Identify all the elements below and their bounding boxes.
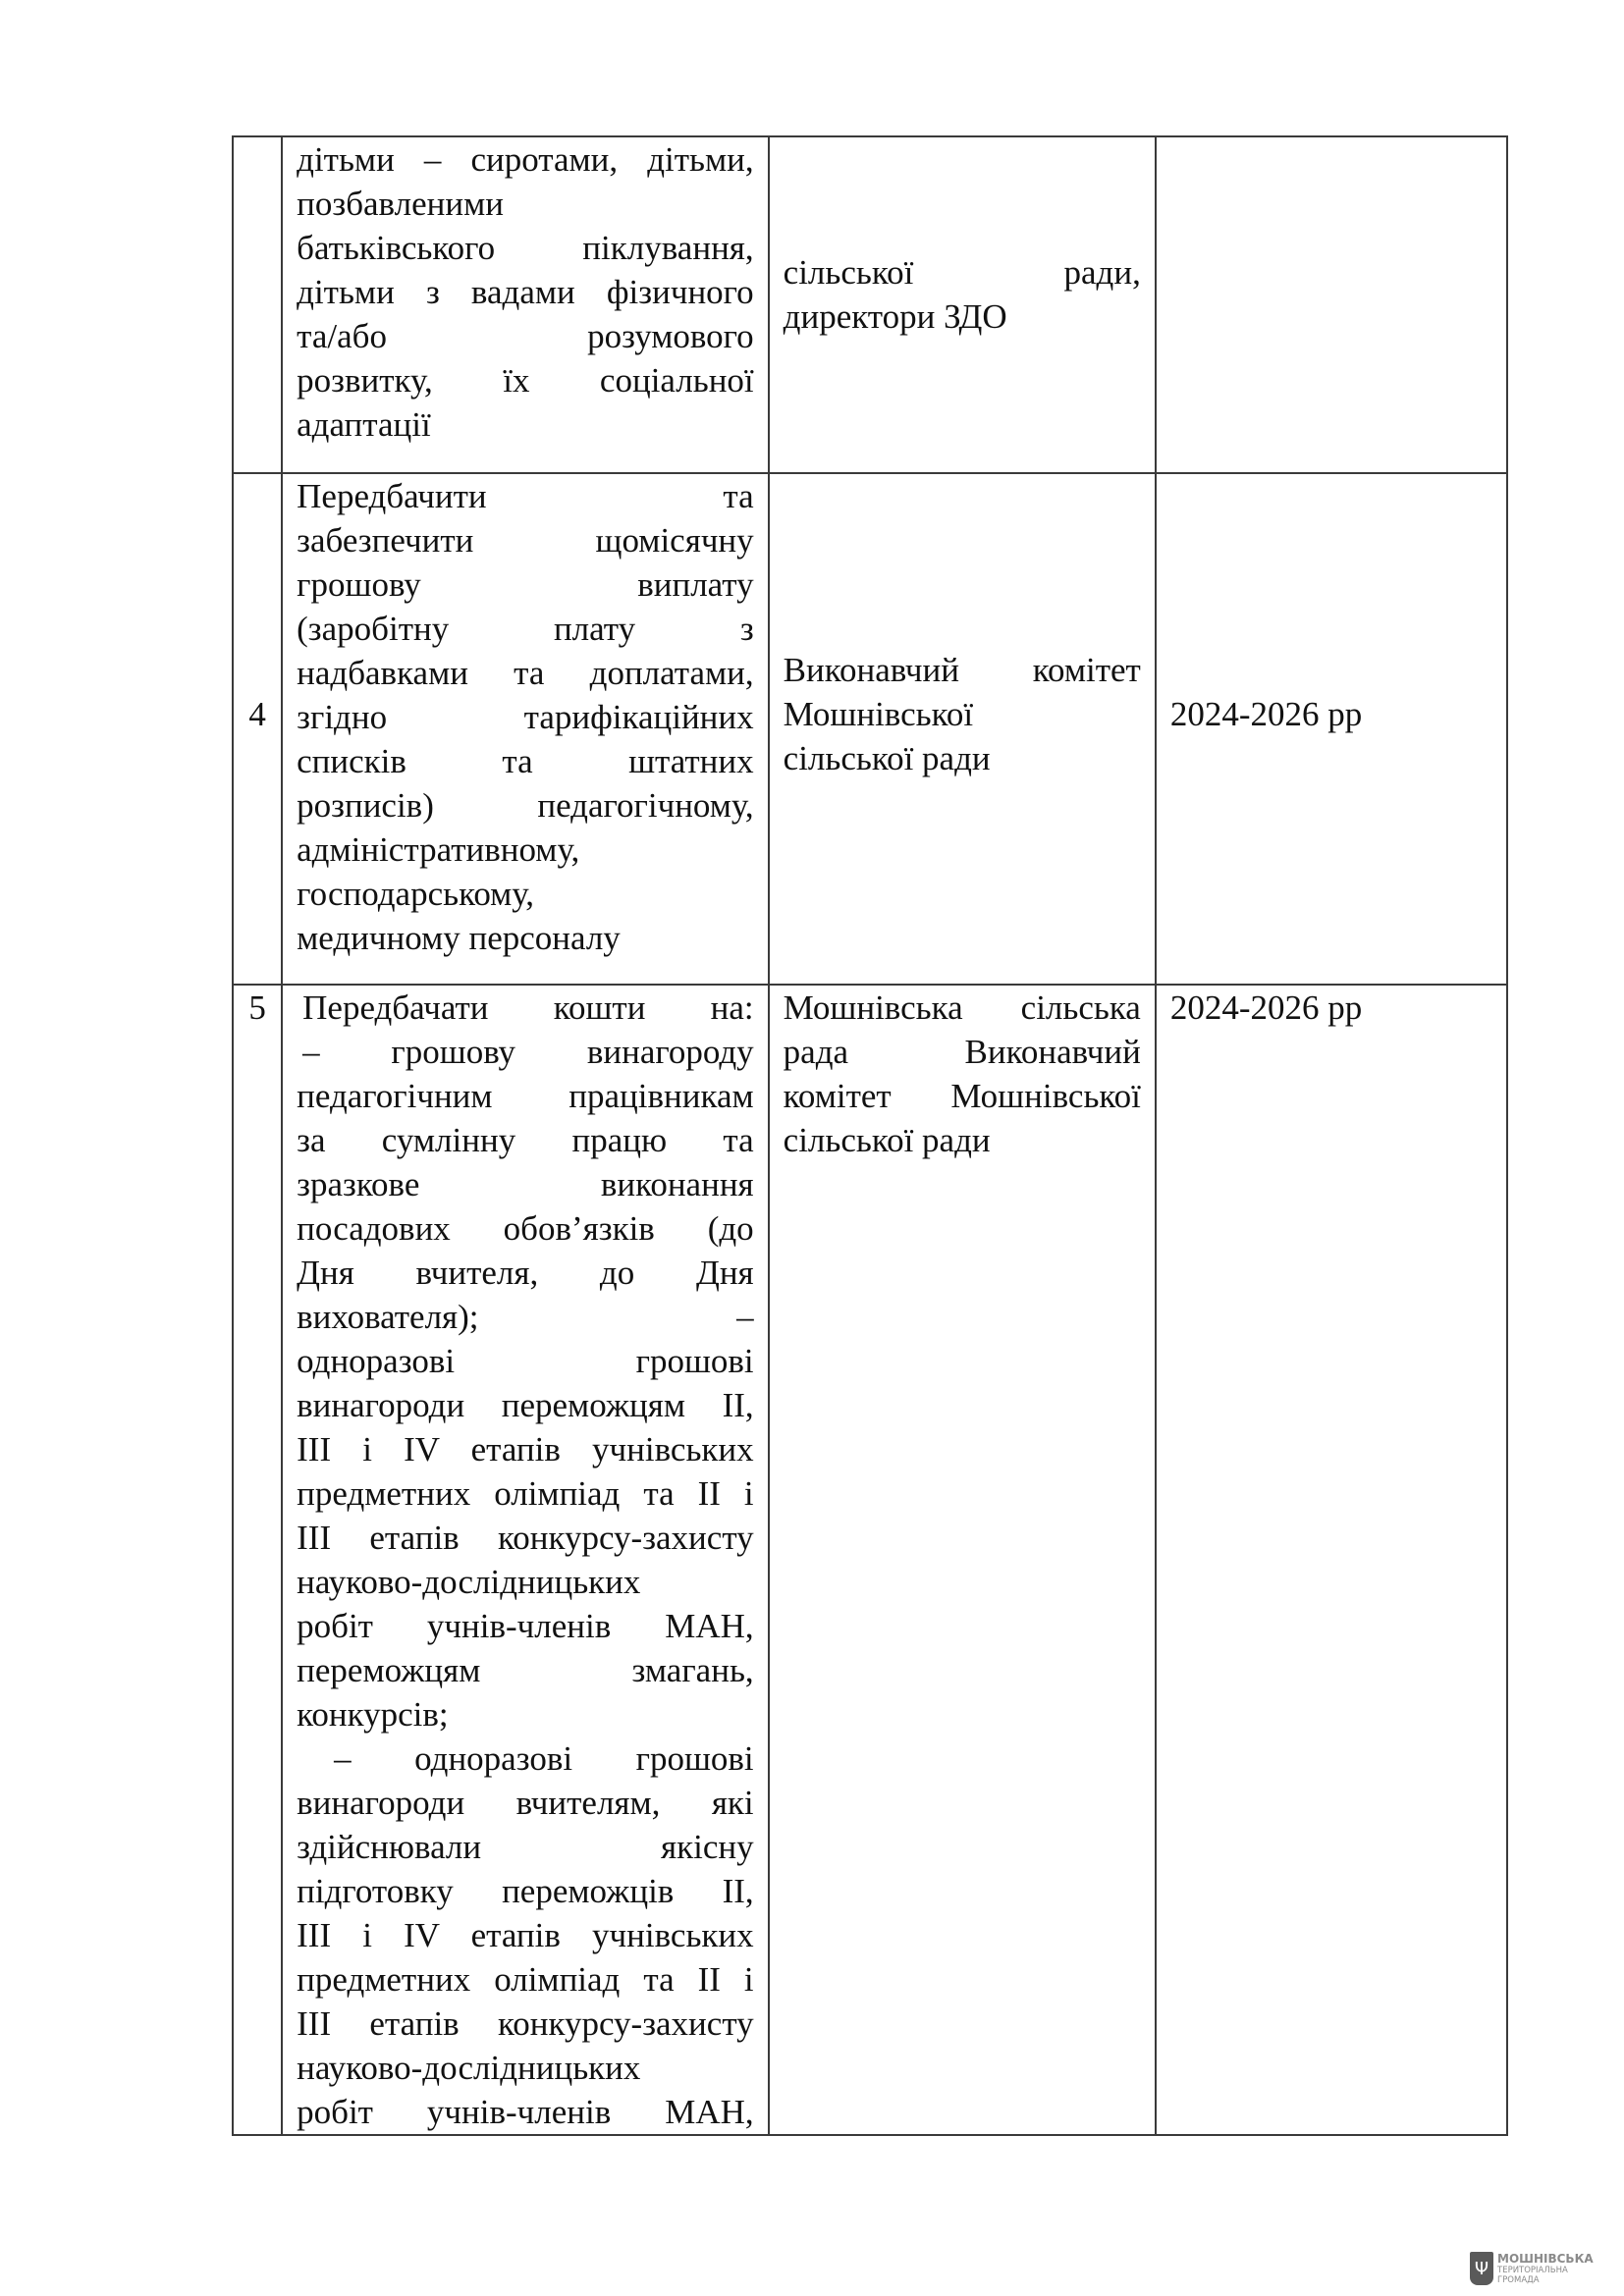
text-line: переможцям змагань, [297, 1648, 754, 1692]
text-line: науково-дослідницьких [297, 2046, 754, 2090]
text-line: дітьми з вадами фізичного [297, 270, 754, 314]
executor-cell: сільської ради, директори ЗДО [769, 136, 1156, 473]
text-line: адаптації [297, 402, 754, 447]
text-line: розвитку, їх соціальної [297, 358, 754, 402]
text-line: – одноразові грошові [297, 1736, 754, 1781]
term-cell [1156, 136, 1507, 473]
task-cell: дітьми – сиротами, дітьми, позбавленими … [282, 136, 769, 473]
logo-subtitle: ТЕРИТОРІАЛЬНА [1497, 2266, 1594, 2275]
task-text: Передбачати кошти на: – грошову винагоро… [297, 986, 754, 2134]
text-line: батьківського піклування, [297, 226, 754, 270]
text-line: посадових обов’язків (до [297, 1206, 754, 1251]
term-cell: 2024-2026 рр [1156, 473, 1507, 985]
text-line: ІІІ і ІV етапів учнівських [297, 1427, 754, 1471]
text-line: підготовку переможців ІІ, [297, 1869, 754, 1913]
row-number-cell: 5 [233, 985, 282, 2135]
text-line: – грошову винагороду [297, 1030, 754, 1074]
text-line: грошову виплату [297, 562, 754, 607]
text-line: ІІІ етапів конкурсу-захисту [297, 2002, 754, 2046]
trident-icon: Ψ [1470, 2252, 1493, 2285]
text-line: рада Виконавчий [784, 1030, 1141, 1074]
text-line: Мошнівської [784, 692, 1141, 736]
community-logo: Ψ МОШНІВСЬКА ТЕРИТОРІАЛЬНА ГРОМАДА [1470, 2246, 1624, 2291]
text-line: господарському, [297, 872, 754, 916]
table-row: дітьми – сиротами, дітьми, позбавленими … [233, 136, 1507, 473]
row-number-cell: 4 [233, 473, 282, 985]
text-line: Виконавчий комітет [784, 648, 1141, 692]
text-line: Передбачити та [297, 474, 754, 518]
text-line: згідно тарифікаційних [297, 695, 754, 739]
table-row: 5 Передбачати кошти на: – грошову винаго… [233, 985, 1507, 2135]
text-line: Мошнівська сільська [784, 986, 1141, 1030]
task-text: дітьми – сиротами, дітьми, позбавленими … [297, 137, 754, 447]
text-line: науково-дослідницьких [297, 1560, 754, 1604]
text-line: директори ЗДО [784, 294, 1141, 339]
text-line: предметних олімпіад та ІІ і [297, 1471, 754, 1516]
text-line: конкурсів; [297, 1692, 754, 1736]
text-line: адміністративному, [297, 828, 754, 872]
text-line: вихователя); – [297, 1295, 754, 1339]
text-line: зразкове виконання [297, 1162, 754, 1206]
text-line: сільської ради [784, 1118, 1141, 1162]
measures-table: дітьми – сиротами, дітьми, позбавленими … [232, 135, 1508, 2136]
term-cell: 2024-2026 рр [1156, 985, 1507, 2135]
text-line: сільської ради [784, 736, 1141, 780]
text-line: списків та штатних [297, 739, 754, 783]
text-line: Дня вчителя, до Дня [297, 1251, 754, 1295]
text-line: Передбачати кошти на: [297, 986, 754, 1030]
row-number: 4 [234, 692, 281, 736]
table-row: 4 Передбачити та забезпечити щомісячну г… [233, 473, 1507, 985]
text-line: надбавками та доплатами, [297, 651, 754, 695]
text-line: дітьми – сиротами, дітьми, [297, 137, 754, 182]
text-line: винагороди переможцям ІІ, [297, 1383, 754, 1427]
text-line: забезпечити щомісячну [297, 518, 754, 562]
text-line: та/або розумового [297, 314, 754, 358]
text-line: робіт учнів-членів МАН, [297, 2090, 754, 2134]
executor-text: Виконавчий комітет Мошнівської сільської… [784, 648, 1141, 780]
text-line: одноразові грошові [297, 1339, 754, 1383]
task-cell: Передбачити та забезпечити щомісячну гро… [282, 473, 769, 985]
text-line: робіт учнів-членів МАН, [297, 1604, 754, 1648]
task-cell: Передбачати кошти на: – грошову винагоро… [282, 985, 769, 2135]
logo-subtitle: ГРОМАДА [1497, 2275, 1594, 2285]
executor-cell: Виконавчий комітет Мошнівської сільської… [769, 473, 1156, 985]
text-line: розписів) педагогічному, [297, 783, 754, 828]
text-line: ІІІ і ІV етапів учнівських [297, 1913, 754, 1957]
text-line: винагороди вчителям, які [297, 1781, 754, 1825]
row-number: 5 [234, 986, 281, 1030]
row-number-cell [233, 136, 282, 473]
text-line: ІІІ етапів конкурсу-захисту [297, 1516, 754, 1560]
executor-cell: Мошнівська сільська рада Виконавчий комі… [769, 985, 1156, 2135]
text-line: предметних олімпіад та ІІ і [297, 1957, 754, 2002]
text-line: педагогічним працівникам [297, 1074, 754, 1118]
term-text: 2024-2026 рр [1170, 692, 1492, 736]
text-line: (заробітну плату з [297, 607, 754, 651]
logo-text: МОШНІВСЬКА ТЕРИТОРІАЛЬНА ГРОМАДА [1497, 2253, 1594, 2285]
executor-text: сільської ради, директори ЗДО [784, 250, 1141, 339]
task-text: Передбачити та забезпечити щомісячну гро… [297, 474, 754, 960]
text-line: медичному персоналу [297, 916, 754, 960]
text-line: здійснювали якісну [297, 1825, 754, 1869]
text-line: комітет Мошнівської [784, 1074, 1141, 1118]
executor-text: Мошнівська сільська рада Виконавчий комі… [784, 986, 1141, 1162]
text-line: сільської ради, [784, 250, 1141, 294]
term-text: 2024-2026 рр [1170, 986, 1492, 1030]
text-line: за сумлінну працю та [297, 1118, 754, 1162]
logo-title: МОШНІВСЬКА [1497, 2253, 1594, 2266]
text-line: позбавленими [297, 182, 754, 226]
